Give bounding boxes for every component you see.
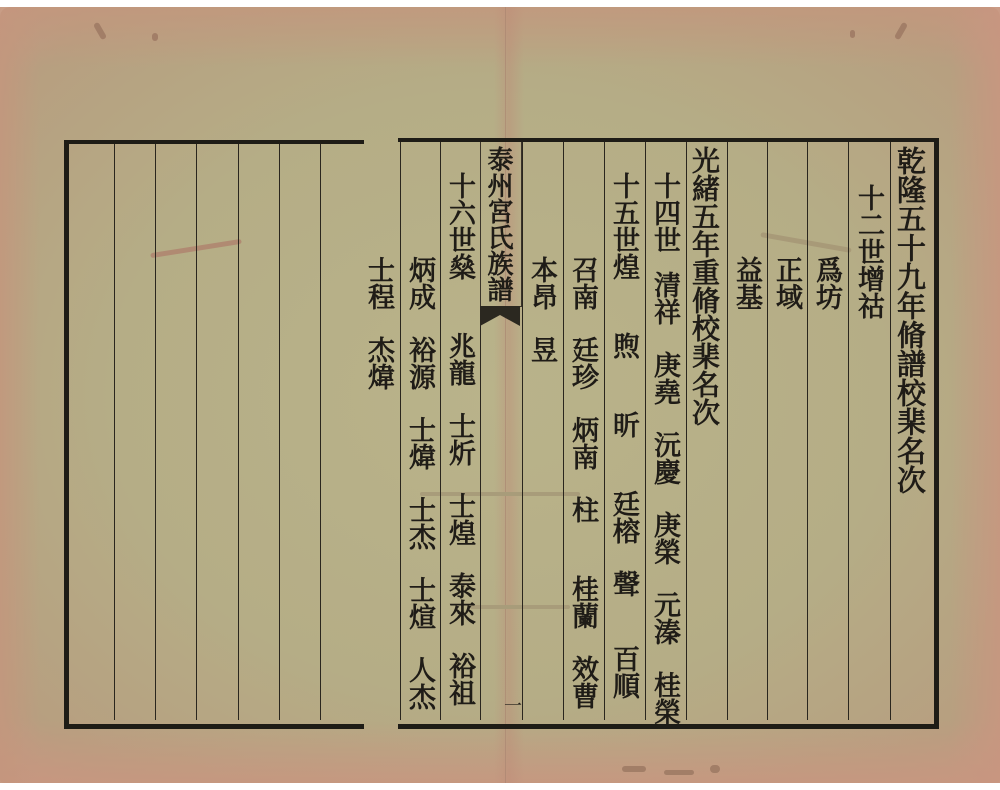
name-entry: 士煊 — [406, 576, 433, 630]
column-rule — [196, 144, 197, 720]
name-entry: 本昂 — [528, 256, 555, 310]
name-entry: 炳南 — [569, 416, 596, 470]
names-column: 本昂昱 — [528, 256, 555, 381]
column-rule — [767, 142, 768, 720]
name-entry: 裕源 — [406, 336, 433, 390]
name-entry: 煌 — [610, 253, 637, 280]
name-entry: 燊 — [446, 253, 473, 280]
names-column: 炳成裕源士煒士杰士煊人杰 — [406, 256, 433, 728]
name-entry: 昱 — [528, 336, 555, 363]
name-entry: 清祥 — [651, 271, 678, 325]
left-page-frame — [64, 140, 364, 729]
aged-edge-left — [0, 7, 40, 783]
section-heading-qianlong: 乾隆五十九年脩譜校棐名次 — [895, 146, 924, 494]
name-entry: 昕 — [610, 411, 637, 438]
name-entry: 桂榮 — [651, 671, 678, 725]
name-entry: 士煒 — [406, 416, 433, 470]
generation-15-column: 十五世煌煦昕廷榕聲百順 — [610, 172, 637, 717]
name-entry: 正域 — [773, 256, 800, 310]
name-entry: 士煌 — [446, 492, 473, 546]
name-entry: 泰來 — [446, 572, 473, 626]
generation-12-entry: 十二世增祜 — [855, 184, 882, 319]
generation-label: 十六世 — [446, 172, 473, 253]
name-entry: 廷珍 — [569, 336, 596, 390]
column-rule — [604, 142, 605, 720]
name-entry: 桂蘭 — [569, 575, 596, 629]
generation-label: 十四世 — [651, 172, 678, 253]
aged-edge-right — [950, 7, 1000, 783]
section-heading-guangxu: 光緒五年重脩校棐名次 — [690, 146, 718, 426]
name-entry: 柱 — [569, 496, 596, 523]
name-entry: 效曹 — [569, 655, 596, 709]
generation-14-column: 十四世清祥庚堯沅慶庚榮元溱桂榮 — [651, 172, 678, 743]
name-entry: 炳成 — [406, 256, 433, 310]
name-entry: 士杰 — [406, 496, 433, 550]
name-entry: 杰煒 — [365, 336, 392, 390]
column-rule — [320, 144, 321, 720]
name-entry: 元溱 — [651, 591, 678, 645]
generation-label: 十五世 — [610, 172, 637, 253]
generation-16-column: 十六世燊兆龍士炘士煌泰來裕祖 — [446, 172, 473, 724]
column-rule — [155, 144, 156, 720]
column-rule — [807, 142, 808, 720]
column-rule — [522, 142, 523, 720]
name-entry: 士程 — [365, 256, 392, 310]
stain-mark — [152, 33, 158, 41]
column-rule — [686, 142, 687, 720]
column-rule — [890, 142, 891, 720]
name-entry: 聲 — [610, 570, 637, 597]
names-column: 召南廷珍炳南柱桂蘭效曹 — [569, 256, 596, 727]
name-entry: 庚堯 — [651, 351, 678, 405]
page-number: 一 — [504, 692, 522, 718]
column-rule — [727, 142, 728, 720]
names-column: 士程杰煒 — [365, 256, 392, 408]
name-entry: 召南 — [569, 256, 596, 310]
column-rule — [400, 142, 401, 720]
name-entry: 益基 — [733, 256, 760, 310]
name-entry: 爲坊 — [813, 256, 840, 310]
column-rule — [238, 144, 239, 720]
name-entry: 人杰 — [406, 656, 433, 710]
name-entry: 煦 — [610, 332, 637, 359]
name-entry: 士炘 — [446, 412, 473, 466]
stain-mark — [622, 766, 646, 772]
name-entry: 沅慶 — [651, 431, 678, 485]
column-rule — [848, 142, 849, 720]
column-rule — [563, 142, 564, 720]
column-rule — [114, 144, 115, 720]
column-rule — [279, 144, 280, 720]
name-entry: 裕祖 — [446, 652, 473, 706]
column-rule — [645, 142, 646, 720]
book-title: 泰州宮氏族譜 — [485, 146, 511, 302]
name-entry: 百順 — [610, 645, 637, 699]
column-rule — [440, 142, 441, 720]
stain-mark — [850, 30, 855, 38]
name-entry: 庚榮 — [651, 511, 678, 565]
stain-mark — [710, 765, 720, 773]
stain-mark — [664, 770, 694, 775]
name-entry: 廷榕 — [610, 490, 637, 544]
name-entry: 兆龍 — [446, 332, 473, 386]
